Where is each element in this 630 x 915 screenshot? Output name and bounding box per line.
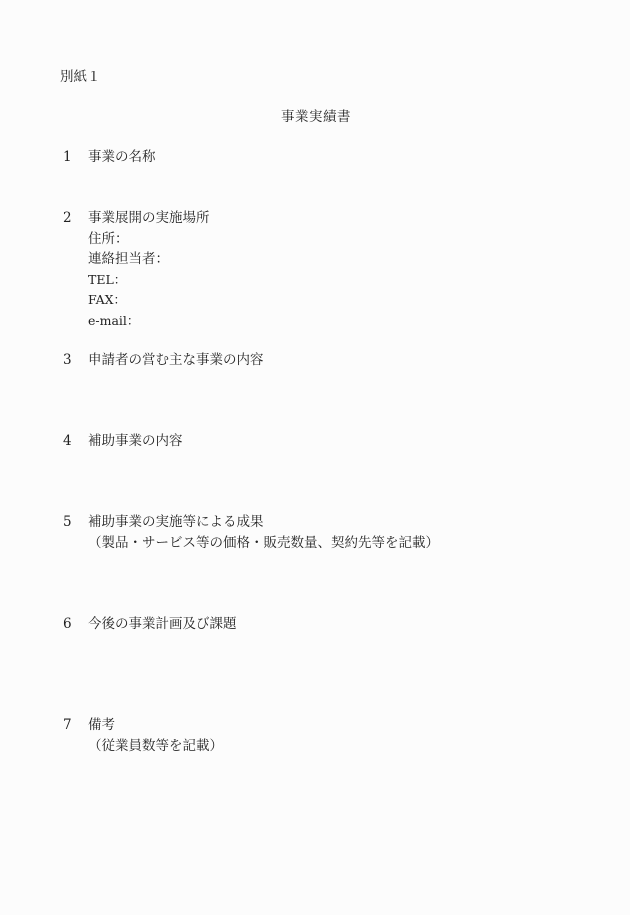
section-heading: 補助事業の実施等による成果 [88, 512, 264, 532]
section-number: 7 [63, 715, 77, 735]
section-number: 1 [63, 147, 77, 167]
section-note: （従業員数等を記載） [88, 736, 223, 756]
section-number: 6 [63, 614, 77, 634]
section-number: 4 [63, 431, 77, 451]
section-heading: 事業展開の実施場所 [88, 208, 210, 228]
field-fax-label: FAX： [88, 290, 126, 310]
annex-label: 別紙１ [60, 67, 101, 87]
section-note: （製品・サービス等の価格・販売数量、契約先等を記載） [88, 533, 439, 553]
section-number: 5 [63, 512, 77, 532]
field-contact-person-label: 連絡担当者： [88, 249, 169, 269]
section-number: 3 [63, 350, 77, 370]
section-heading: 事業の名称 [88, 147, 156, 167]
document-title: 事業実績書 [0, 107, 630, 127]
section-heading: 補助事業の内容 [88, 431, 183, 451]
field-email-label: e-mail： [88, 311, 139, 331]
section-heading: 備考 [88, 715, 115, 735]
section-heading: 今後の事業計画及び課題 [88, 614, 237, 634]
section-number: 2 [63, 208, 77, 228]
field-address-label: 住所： [88, 229, 129, 249]
field-tel-label: TEL： [88, 270, 126, 290]
section-heading: 申請者の営む主な事業の内容 [88, 350, 264, 370]
